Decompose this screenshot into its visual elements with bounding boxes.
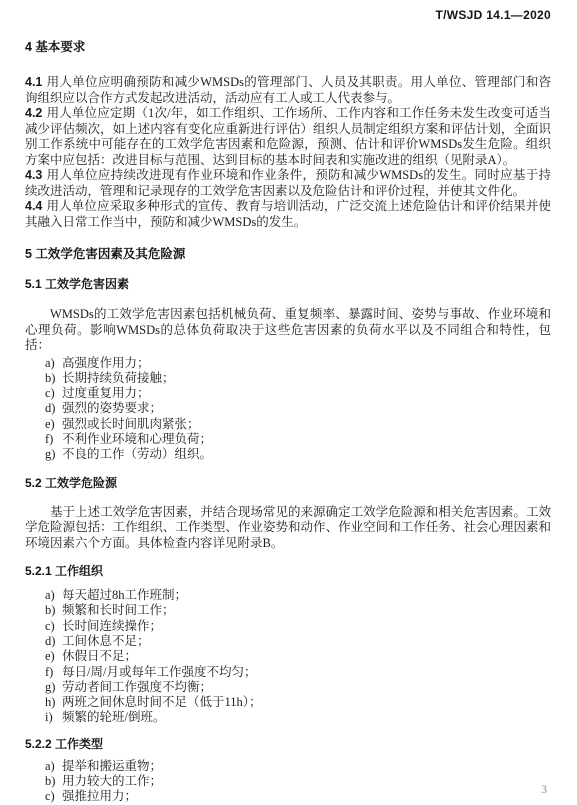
clause-4-2-number: 4.2: [25, 106, 42, 120]
list-item: e)强烈或长时间肌肉紧张；: [45, 417, 551, 432]
list-item: f)不利作业环境和心理负荷；: [45, 432, 551, 447]
list-item-label: h): [45, 695, 58, 710]
list-item-label: c): [45, 386, 58, 401]
list-item-text: 每天超过8h工作班制；: [62, 588, 187, 602]
clause-4-4: 4.4用人单位应采取多种形式的宣传、教育与培训活动，广泛交流上述危险估计和评价结…: [25, 199, 551, 230]
list-item-text: 长期持续负荷接触；: [62, 371, 175, 385]
clause-4-2-text: 用人单位应定期（1次/年，如工作组织、工作场所、工作内容和工作任务未发生改变可适…: [25, 106, 551, 167]
standard-number: T/WSJD 14.1—2020: [25, 8, 551, 22]
list-item: c)强推拉用力；: [45, 789, 551, 804]
list-item-text: 不良的工作（劳动）组织。: [62, 447, 212, 461]
list-item-label: e): [45, 649, 58, 664]
section-5-2-1-heading: 5.2.1 工作组织: [25, 564, 551, 579]
list-item-label: a): [45, 588, 58, 603]
list-item: f)每日/周/月或每年工作强度不均匀；: [45, 665, 551, 680]
list-item-label: c): [45, 789, 58, 804]
list-item-label: g): [45, 680, 58, 695]
list-item-text: 频繁和长时间工作；: [62, 603, 175, 617]
list-item-text: 不利作业环境和心理负荷；: [62, 432, 212, 446]
section-5-1-heading: 5.1 工效学危害因素: [25, 277, 551, 292]
section-5-heading: 5 工效学危害因素及其危险源: [25, 247, 551, 262]
list-item: b)频繁和长时间工作；: [45, 603, 551, 618]
section-5-1-intro: WMSDs的工效学危害因素包括机械负荷、重复频率、暴露时间、姿势与事故、作业环境…: [25, 307, 551, 354]
list-item-text: 过度重复用力；: [62, 386, 150, 400]
list-item-text: 强烈或长时间肌肉紧张；: [62, 417, 200, 431]
list-item-label: g): [45, 447, 58, 462]
list-item: d)工间休息不足；: [45, 634, 551, 649]
list-item: a)每天超过8h工作班制；: [45, 588, 551, 603]
list-item: b)用力较大的工作；: [45, 774, 551, 789]
list-item: i)频繁的轮班/倒班。: [45, 710, 551, 725]
list-item: b)长期持续负荷接触；: [45, 371, 551, 386]
list-item-label: d): [45, 634, 58, 649]
clause-4-3-number: 4.3: [25, 168, 42, 182]
clause-4-4-text: 用人单位应采取多种形式的宣传、教育与培训活动，广泛交流上述危险估计和评价结果并使…: [25, 199, 551, 229]
clause-4-3-text: 用人单位应持续改进现有作业环境和作业条件，预防和减少WMSDs的发生。同时应基于…: [25, 168, 551, 198]
list-item-label: b): [45, 371, 58, 386]
hazard-factor-list: a)高强度作用力； b)长期持续负荷接触； c)过度重复用力； d)强烈的姿势要…: [45, 356, 551, 463]
list-item-text: 两班之间休息时间不足（低于11h）；: [62, 695, 262, 709]
list-item: h)两班之间休息时间不足（低于11h）；: [45, 695, 551, 710]
list-item-label: a): [45, 356, 58, 371]
list-item-text: 高强度作用力；: [62, 356, 150, 370]
clause-4-3: 4.3用人单位应持续改进现有作业环境和作业条件，预防和减少WMSDs的发生。同时…: [25, 168, 551, 199]
list-item: d)强烈的姿势要求；: [45, 401, 551, 416]
list-item-label: b): [45, 603, 58, 618]
list-item: g)劳动者间工作强度不均衡；: [45, 680, 551, 695]
document-page: { "header": { "standard_number": "T/WSJD…: [0, 0, 577, 805]
section-4-heading: 4 基本要求: [25, 40, 551, 55]
list-item-label: c): [45, 619, 58, 634]
section-5-2-2-heading: 5.2.2 工作类型: [25, 737, 551, 752]
list-item-label: e): [45, 417, 58, 432]
list-item-label: b): [45, 774, 58, 789]
list-item: c)过度重复用力；: [45, 386, 551, 401]
clause-4-1-text: 用人单位应明确预防和减少WMSDs的管理部门、人员及其职责。用人单位、管理部门和…: [25, 75, 551, 105]
list-item: g)不良的工作（劳动）组织。: [45, 447, 551, 462]
list-item-text: 提举和搬运重物；: [62, 759, 162, 773]
list-item-label: f): [45, 665, 58, 680]
list-item: a)高强度作用力；: [45, 356, 551, 371]
document-canvas: T/WSJD 14.1—2020 4 基本要求 4.1用人单位应明确预防和减少W…: [0, 0, 577, 805]
clause-4-1-number: 4.1: [25, 75, 42, 89]
list-item-text: 用力较大的工作；: [62, 774, 162, 788]
clause-4-2: 4.2用人单位应定期（1次/年，如工作组织、工作场所、工作内容和工作任务未发生改…: [25, 106, 551, 168]
list-item-label: f): [45, 432, 58, 447]
section-5-2-heading: 5.2 工效学危险源: [25, 476, 551, 491]
list-item-label: a): [45, 759, 58, 774]
list-item-text: 长时间连续操作；: [62, 619, 162, 633]
list-item-label: i): [45, 710, 58, 725]
clause-4-4-number: 4.4: [25, 199, 42, 213]
list-item-text: 频繁的轮班/倒班。: [62, 710, 165, 724]
work-organization-list: a)每天超过8h工作班制； b)频繁和长时间工作； c)长时间连续操作； d)工…: [45, 588, 551, 726]
page-number: 3: [541, 784, 547, 796]
work-type-list: a)提举和搬运重物； b)用力较大的工作； c)强推拉用力；: [45, 759, 551, 805]
list-item: a)提举和搬运重物；: [45, 759, 551, 774]
section-5-2-intro: 基于上述工效学危害因素，并结合现场常见的来源确定工效学危险源和相关危害因素。工效…: [25, 505, 551, 552]
clause-4-1: 4.1用人单位应明确预防和减少WMSDs的管理部门、人员及其职责。用人单位、管理…: [25, 75, 551, 106]
list-item-text: 每日/周/月或每年工作强度不均匀；: [62, 665, 256, 679]
list-item: e)休假日不足；: [45, 649, 551, 664]
list-item-text: 工间休息不足；: [62, 634, 150, 648]
list-item-text: 劳动者间工作强度不均衡；: [62, 680, 212, 694]
list-item-text: 休假日不足；: [62, 649, 137, 663]
list-item: c)长时间连续操作；: [45, 619, 551, 634]
list-item-text: 强烈的姿势要求；: [62, 401, 162, 415]
list-item-text: 强推拉用力；: [62, 789, 137, 803]
list-item-label: d): [45, 401, 58, 416]
